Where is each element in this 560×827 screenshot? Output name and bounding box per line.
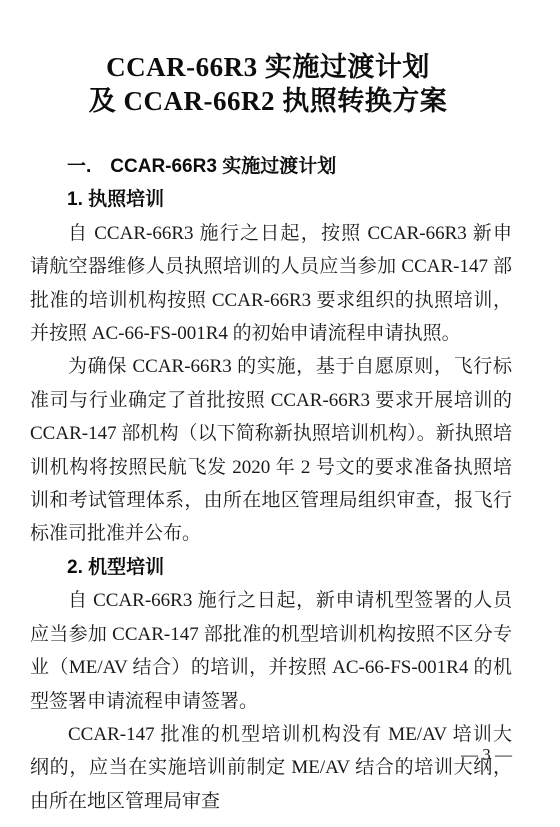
title-line-1: CCAR-66R3 实施过渡计划 [26,50,510,84]
item-2-paragraph-1: 自 CCAR-66R3 施行之日起，新申请机型签署的人员应当参加 CCAR-14… [30,584,512,718]
item-1-heading: 1. 执照培训 [30,183,512,216]
document-page: CCAR-66R3 实施过渡计划 及 CCAR-66R2 执照转换方案 一. C… [0,0,560,827]
item-2-heading: 2. 机型培训 [30,551,512,584]
title-line-2: 及 CCAR-66R2 执照转换方案 [26,84,510,118]
section-1-heading: 一. CCAR-66R3 实施过渡计划 [30,150,512,183]
item-2-paragraph-2: CCAR-147 批准的机型培训机构没有 ME/AV 培训大纲的，应当在实施培训… [30,718,512,818]
document-body: 一. CCAR-66R3 实施过渡计划 1. 执照培训 自 CCAR-66R3 … [30,150,512,818]
item-1-paragraph-2: 为确保 CCAR-66R3 的实施，基于自愿原则，飞行标准司与行业确定了首批按照… [30,350,512,550]
item-1-paragraph-1: 自 CCAR-66R3 施行之日起，按照 CCAR-66R3 新申请航空器维修人… [30,217,512,351]
page-number: — 3 — [461,745,512,765]
document-title: CCAR-66R3 实施过渡计划 及 CCAR-66R2 执照转换方案 [26,50,510,118]
